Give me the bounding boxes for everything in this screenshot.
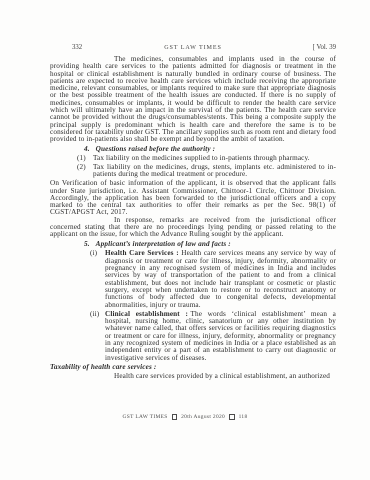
running-header: 332 GST LAW TIMES [ Vol. 39 [50,44,336,51]
taxability-paragraph: Health care services provided by a clini… [50,373,336,380]
interpretation-item-i-label: (i) [90,250,105,308]
footer-date: 20th August 2020 [181,414,225,420]
header-page-number: 332 [50,44,120,51]
section-4-heading-text: Questions raised before the authority : [96,145,215,153]
header-journal-title: GST LAW TIMES [120,45,266,51]
separator-square-icon [172,414,178,420]
taxability-side-heading: Taxability of health care services : [50,364,336,371]
question-item-2-label: (2) [77,164,93,179]
section-5-heading: 5.Applicant’s interpretation of law and … [84,241,336,248]
verification-paragraph: On Verification of basic information of … [50,180,336,216]
journal-page: 332 GST LAW TIMES [ Vol. 39 The medicine… [0,0,370,480]
question-item-2: (2) Tax liability on the medicines, drug… [77,164,336,179]
question-item-1-label: (1) [77,155,93,162]
section-4-number: 4. [84,145,90,153]
interpretation-item-i-text: Health Care Services :Health care servic… [105,250,336,308]
footer-page-number: 118 [239,414,248,420]
question-item-2-text: Tax liability on the medicines, drugs, s… [93,164,336,179]
interpretation-item-ii: (ii) Clinical establishment :The words ‘… [90,311,336,362]
footer-journal-title: GST LAW TIMES [122,414,167,420]
section-4-heading: 4.Questions raised before the authority … [84,146,336,153]
header-volume: [ Vol. 39 [266,44,336,51]
interpretation-item-i-body: Health care services means any service b… [105,249,336,308]
separator-square-icon [229,414,235,420]
page-body: The medicines, consumables and implants … [50,56,336,380]
interpretation-item-ii-body: The words ‘clinical establishment’ mean … [105,310,336,362]
question-item-1: (1) Tax liability on the medicines suppl… [77,155,336,162]
question-item-1-text: Tax liability on the medicines supplied … [93,155,336,162]
interpretation-item-ii-text: Clinical establishment :The words ‘clini… [105,311,336,362]
interpretation-item-ii-label: (ii) [90,311,105,362]
interpretation-item-i: (i) Health Care Services :Health care se… [90,250,336,308]
running-footer: GST LAW TIMES20th August 2020118 [0,414,370,420]
section-5-number: 5. [84,240,90,248]
section-5-heading-text: Applicant’s interpretation of law and fa… [96,240,231,248]
intro-paragraph: The medicines, consumables and implants … [50,56,336,144]
response-paragraph: In response, remarks are received from t… [50,217,336,239]
